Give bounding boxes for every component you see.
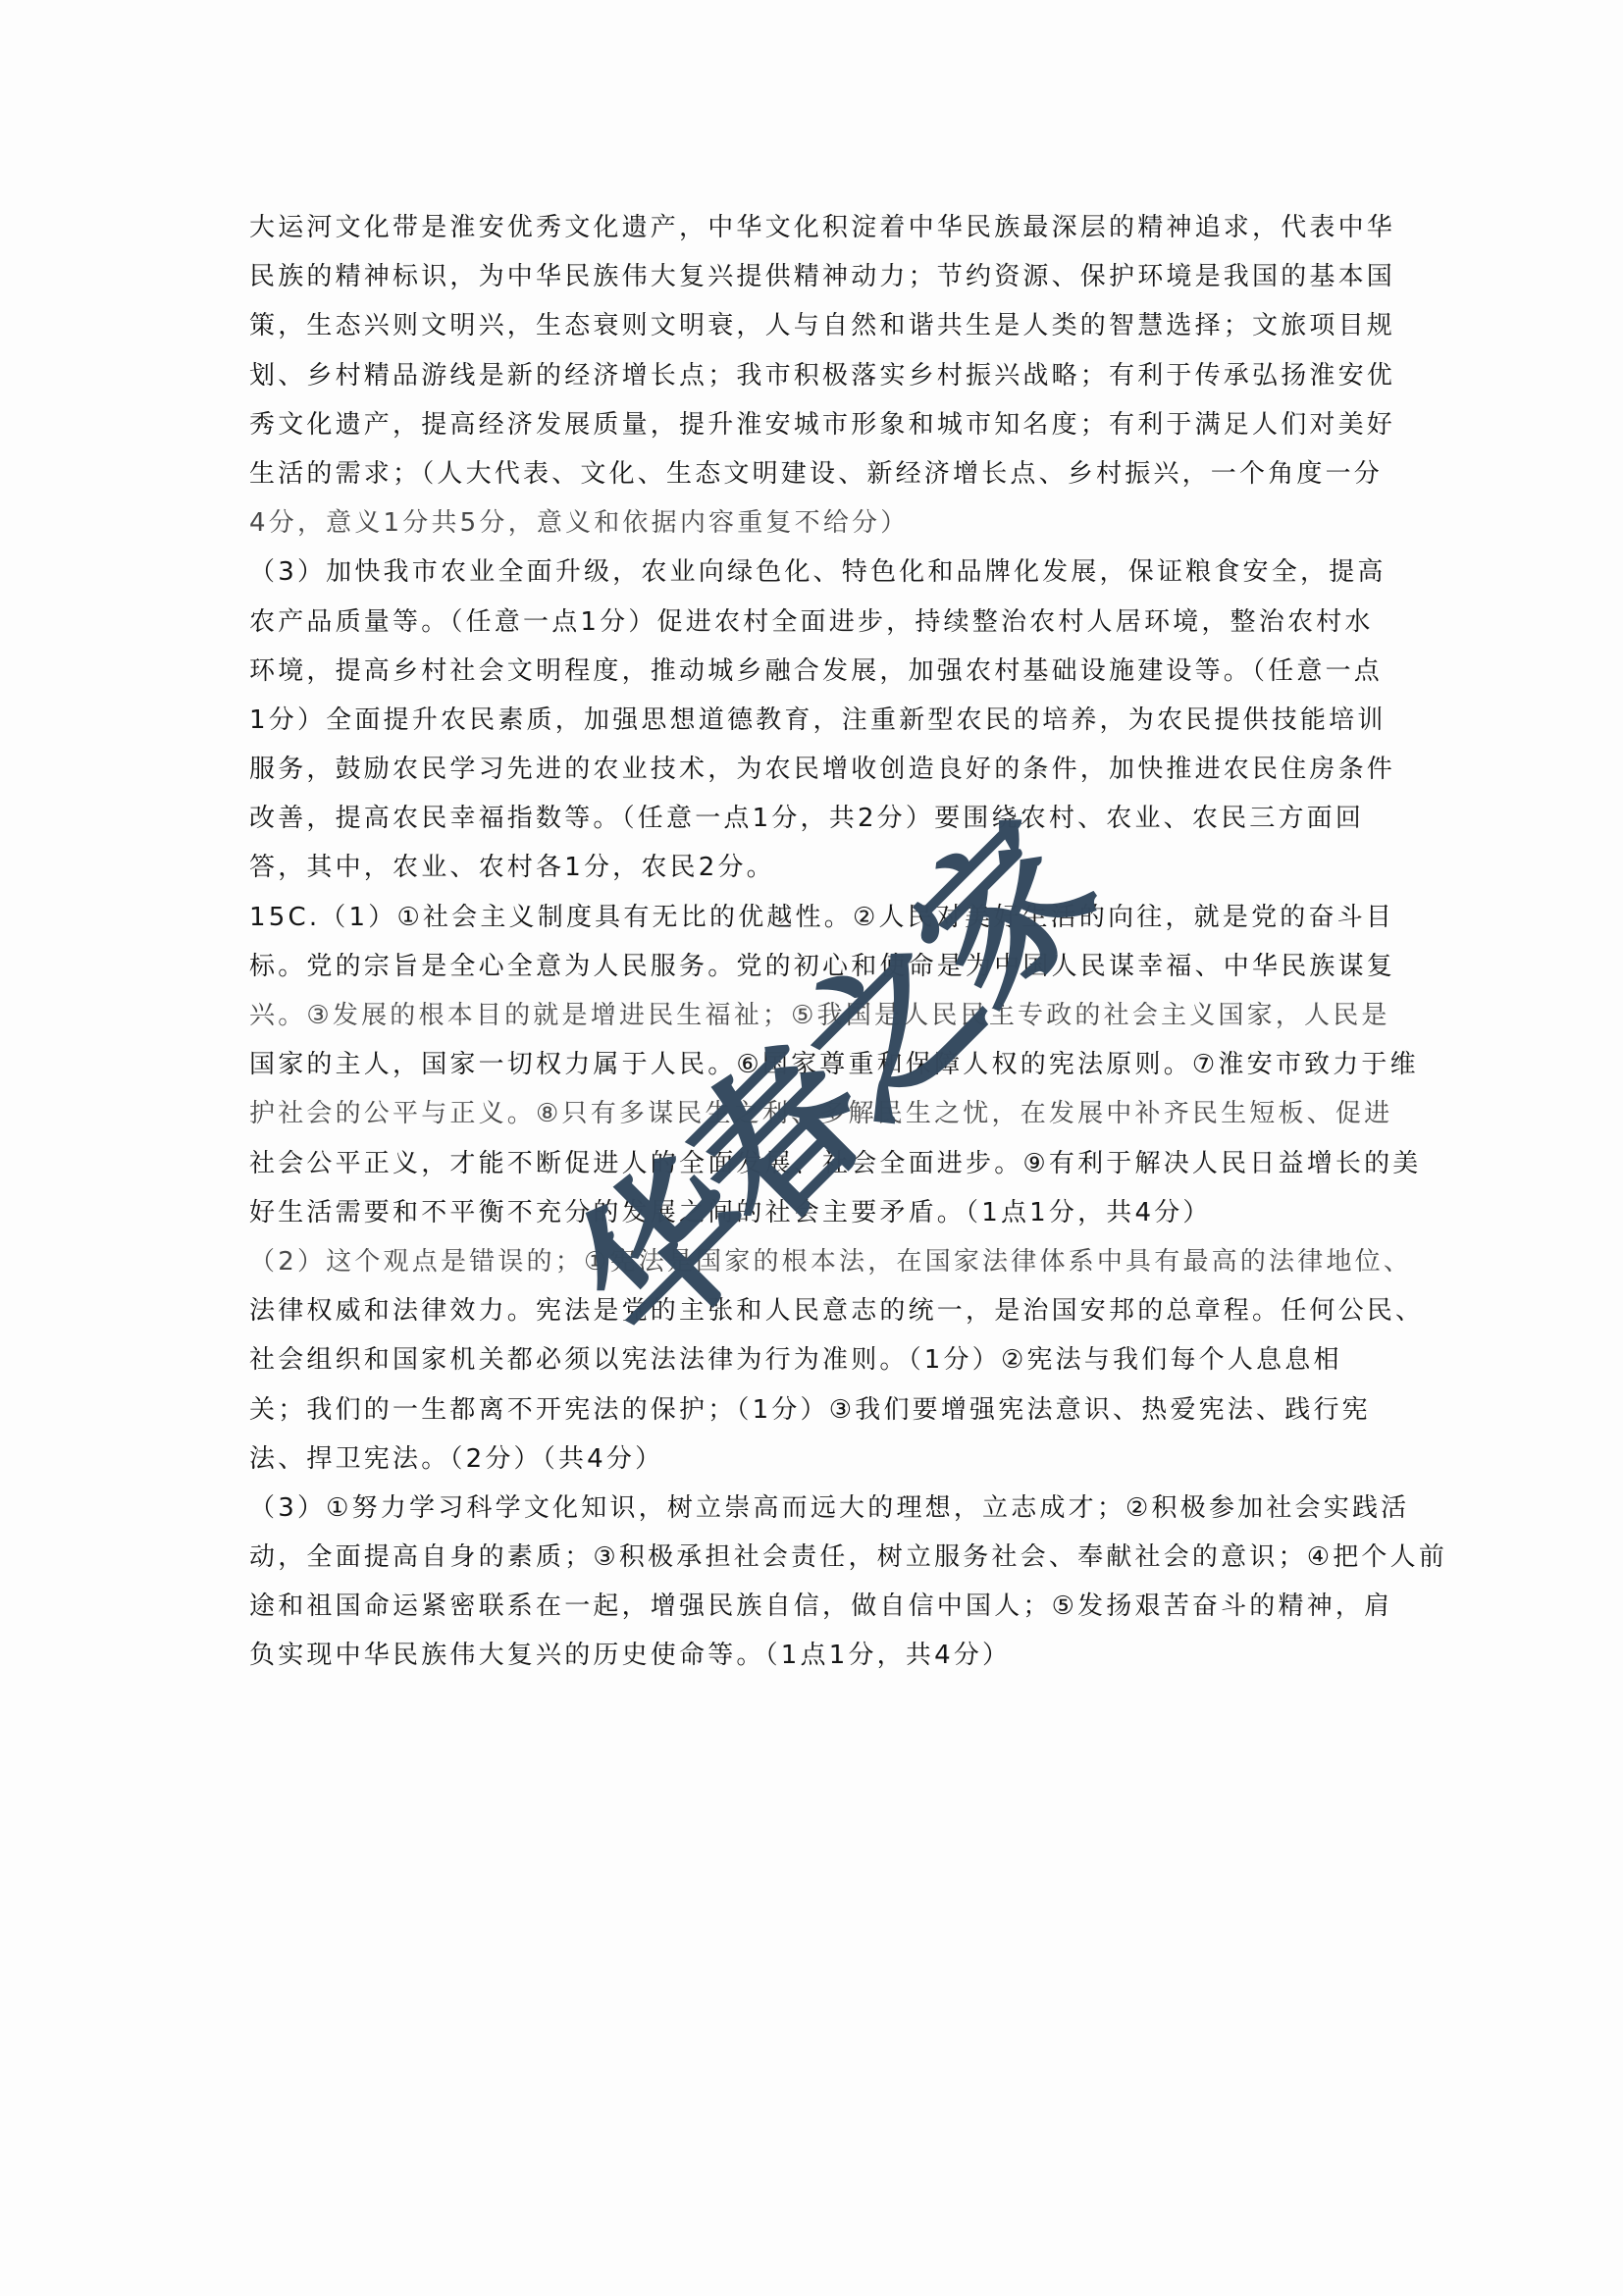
text-line: 1分）全面提升农民素质，加强思想道德教育，注重新型农民的培养，为农民提供技能培训 (249, 696, 1378, 745)
text-line: 改善，提高农民幸福指数等。（任意一点1分，共2分）要围绕农村、农业、农民三方面回 (249, 794, 1378, 843)
text-line: 划、乡村精品游线是新的经济增长点；我市积极落实乡村振兴战略；有利于传承弘扬淮安优 (249, 351, 1378, 400)
text-line: 护社会的公平与正义。⑧只有多谋民生之利、多解民生之忧，在发展中补齐民生短板、促进 (249, 1089, 1378, 1138)
text-line: 环境，提高乡村社会文明程度，推动城乡融合发展，加强农村基础设施建设等。（任意一点 (249, 647, 1378, 696)
text-line: 兴。③发展的根本目的就是增进民生福祉；⑤我国是人民民主专政的社会主义国家，人民是 (249, 991, 1378, 1040)
text-line: 关；我们的一生都离不开宪法的保护；（1分）③我们要增强宪法意识、热爱宪法、践行宪 (249, 1385, 1378, 1435)
text-line: 秀文化遗产，提高经济发展质量，提升淮安城市形象和城市知名度；有利于满足人们对美好 (249, 400, 1378, 449)
text-line: 途和祖国命运紧密联系在一起，增强民族自信，做自信中国人；⑤发扬艰苦奋斗的精神，肩 (249, 1582, 1378, 1631)
text-line: 负实现中华民族伟大复兴的历史使命等。（1点1分，共4分） (249, 1631, 1378, 1680)
text-line: 民族的精神标识，为中华民族伟大复兴提供精神动力；节约资源、保护环境是我国的基本国 (249, 252, 1378, 301)
text-line: 大运河文化带是淮安优秀文化遗产，中华文化积淀着中华民族最深层的精神追求，代表中华 (249, 203, 1378, 252)
text-line: 农产品质量等。（任意一点1分）促进农村全面进步，持续整治农村人居环境，整治农村水 (249, 598, 1378, 647)
question-15c-part-3-line: （3）①努力学习科学文化知识，树立崇高而远大的理想，立志成才；②积极参加社会实践… (249, 1484, 1378, 1533)
text-line: 标。党的宗旨是全心全意为人民服务。党的初心和使命是为中国人民谋幸福、中华民族谋复 (249, 942, 1378, 991)
text-line: 法律权威和法律效力。宪法是党的主张和人民意志的统一，是治国安邦的总章程。任何公民… (249, 1286, 1378, 1335)
text-line: 国家的主人，国家一切权力属于人民。⑥国家尊重和保障人权的宪法原则。⑦淮安市致力于… (249, 1040, 1378, 1089)
question-15c-heading-line: 15C.（1）①社会主义制度具有无比的优越性。②人民对美好生活的向往，就是党的奋… (249, 893, 1378, 942)
text-line: 法、捍卫宪法。（2分）（共4分） (249, 1435, 1378, 1484)
answer-text-block: 大运河文化带是淮安优秀文化遗产，中华文化积淀着中华民族最深层的精神追求，代表中华… (249, 203, 1378, 1681)
text-line: 动，全面提高自身的素质；③积极承担社会责任，树立服务社会、奉献社会的意识；④把个… (249, 1533, 1378, 1582)
text-line: 服务，鼓励农民学习先进的农业技术，为农民增收创造良好的条件，加快推进农民住房条件 (249, 745, 1378, 794)
text-line: 策，生态兴则文明兴，生态衰则文明衰，人与自然和谐共生是人类的智慧选择；文旅项目规 (249, 301, 1378, 350)
section-3-heading-line: （3）加快我市农业全面升级，农业向绿色化、特色化和品牌化发展，保证粮食安全，提高 (249, 548, 1378, 597)
text-line: 生活的需求；（人大代表、文化、生态文明建设、新经济增长点、乡村振兴，一个角度一分 (249, 449, 1378, 498)
document-page: 大运河文化带是淮安优秀文化遗产，中华文化积淀着中华民族最深层的精神追求，代表中华… (0, 0, 1623, 2296)
text-line: 4分，意义1分共5分，意义和依据内容重复不给分） (249, 498, 1378, 548)
text-line: 社会公平正义，才能不断促进人的全面发展、社会全面进步。⑨有利于解决人民日益增长的… (249, 1139, 1378, 1188)
text-line: 答，其中，农业、农村各1分，农民2分。 (249, 843, 1378, 892)
text-line: 社会组织和国家机关都必须以宪法法律为行为准则。（1分）②宪法与我们每个人息息相 (249, 1335, 1378, 1384)
question-15c-part-2-line: （2）这个观点是错误的；①宪法是国家的根本法，在国家法律体系中具有最高的法律地位… (249, 1237, 1378, 1286)
text-line: 好生活需要和不平衡不充分的发展之间的社会主要矛盾。（1点1分，共4分） (249, 1188, 1378, 1237)
